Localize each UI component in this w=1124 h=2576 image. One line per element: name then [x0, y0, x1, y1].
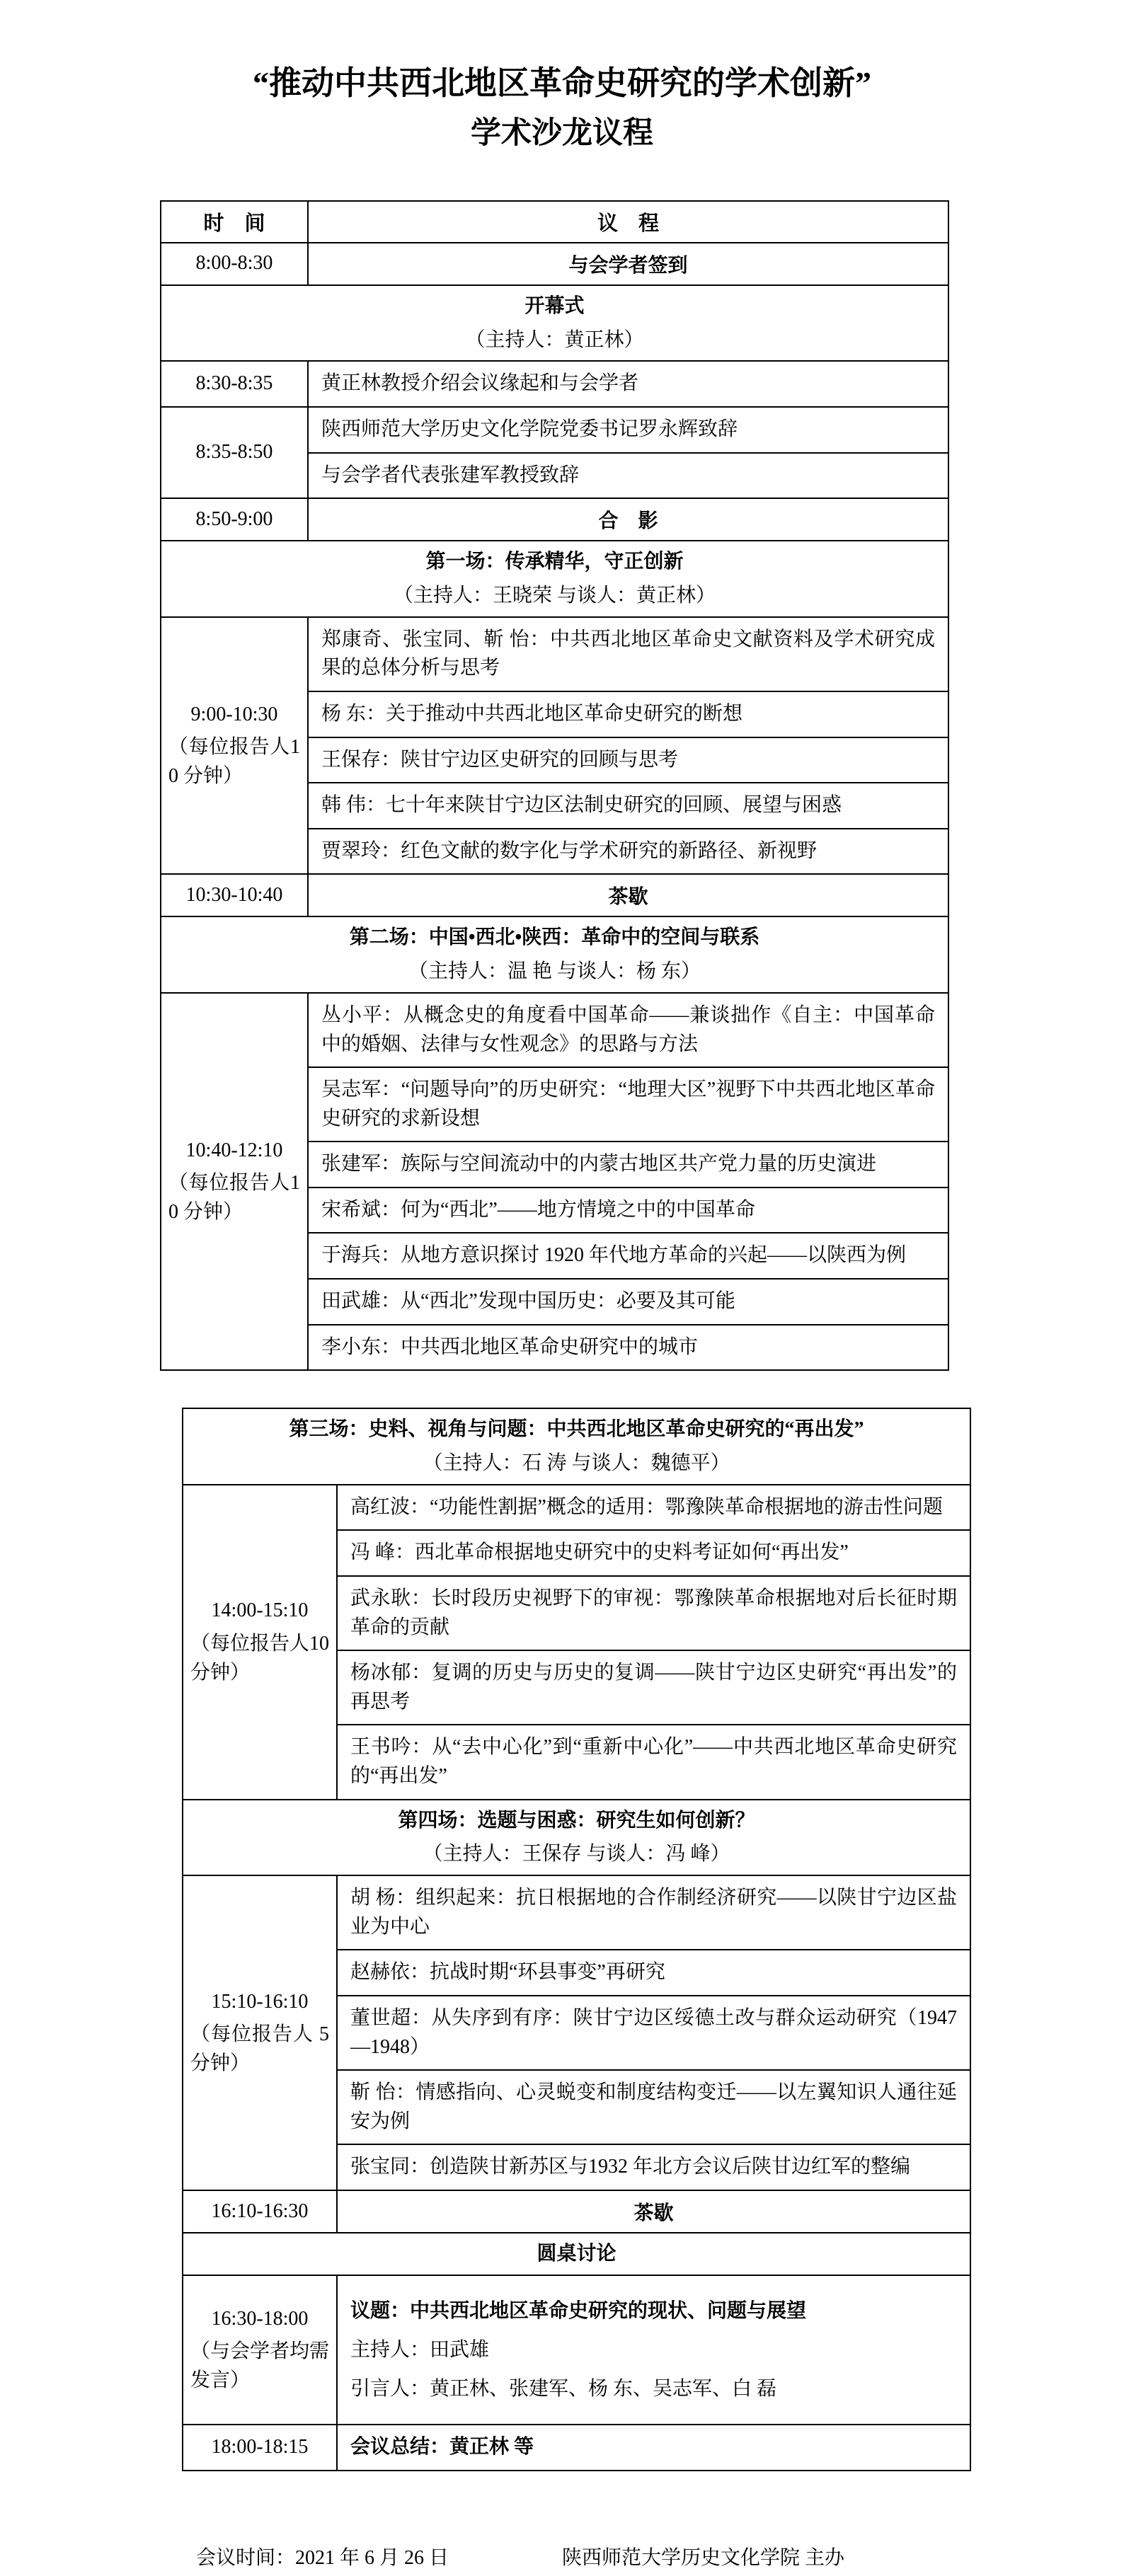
agenda-cell-report: 冯 峰：西北革命根据地史研究中的史料考证如何“再出发”: [337, 1530, 970, 1576]
agenda-cell-report: 武永耿：长时段历史视野下的审视：鄂豫陕革命根据地对后长征时期革命的贡献: [337, 1576, 970, 1650]
agenda-cell-report: 郑康奇、张宝同、靳 怡：中共西北地区革命史文献资料及学术研究成果的总体分析与思考: [308, 617, 948, 691]
table-row-intro: 8:30-8:35 黄正林教授介绍会议缘起和与会学者: [161, 361, 948, 407]
roundtable-time-note: （与会学者均需发言）: [190, 2338, 329, 2395]
session2-band: 第二场：中国•西北•陕西：革命中的空间与联系 （主持人：温 艳 与谈人：杨 东）: [161, 916, 948, 993]
session1-band-subtitle: （主持人：王晓荣 与谈人：黄正林）: [167, 582, 942, 609]
table-row-session1-band: 第一场：传承精华，守正创新 （主持人：王晓荣 与谈人：黄正林）: [161, 541, 948, 617]
time-cell-photo: 8:50-9:00: [161, 498, 308, 541]
roundtable-topic: 议题：中共西北地区革命史研究的现状、问题与展望: [350, 2297, 957, 2325]
session3-time: 14:00-15:10: [190, 1597, 329, 1626]
agenda-cell-report: 杨 东：关于推动中共西北地区革命史研究的断想: [308, 691, 948, 737]
table-row-session4-report-1: 15:10-16:10 （每位报告人 5 分钟） 胡 杨：组织起来：抗日根据地的…: [183, 1875, 970, 1950]
table-row-photo: 8:50-9:00 合 影: [161, 498, 948, 541]
session1-time-note: （每位报告人10 分钟）: [168, 733, 300, 790]
agenda-cell-summary: 会议总结：黄正林 等: [337, 2425, 970, 2471]
time-cell-roundtable: 16:30-18:00 （与会学者均需发言）: [183, 2275, 337, 2425]
roundtable-host: 主持人：田武雄: [350, 2336, 957, 2364]
session3-band: 第三场：史料、视角与问题：中共西北地区革命史研究的“再出发” （主持人：石 涛 …: [183, 1408, 970, 1485]
time-cell-session3: 14:00-15:10 （每位报告人10 分钟）: [183, 1485, 337, 1800]
agenda-cell-report: 王保存：陕甘宁边区史研究的回顾与思考: [308, 737, 948, 783]
session2-time: 10:40-12:10: [168, 1137, 300, 1166]
session1-band: 第一场：传承精华，守正创新 （主持人：王晓荣 与谈人：黄正林）: [161, 541, 948, 617]
agenda-cell-report: 王书吟：从“去中心化”到“重新中心化”——中共西北地区革命史研究的“再出发”: [337, 1725, 970, 1799]
agenda-cell-report: 贾翠玲：红色文献的数字化与学术研究的新路径、新视野: [308, 829, 948, 875]
agenda-cell-report: 高红波：“功能性割据”概念的适用：鄂豫陕革命根据地的游击性问题: [337, 1485, 970, 1531]
document-title-line1: “推动中共西北地区革命史研究的学术创新”: [0, 64, 1124, 103]
agenda-cell-report: 杨冰郁：复调的历史与历史的复调——陕甘宁边区史研究“再出发”的再思考: [337, 1650, 970, 1725]
agenda-table-page2: 第三场：史料、视角与问题：中共西北地区革命史研究的“再出发” （主持人：石 涛 …: [182, 1408, 971, 2471]
table-row-speech-1: 8:35-8:50 陕西师范大学历史文化学院党委书记罗永辉致辞: [161, 407, 948, 453]
table-row-session3-report-1: 14:00-15:10 （每位报告人10 分钟） 高红波：“功能性割据”概念的适…: [183, 1485, 970, 1531]
table-row-signin: 8:00-8:30 与会学者签到: [161, 243, 948, 285]
agenda-cell-report: 吴志军：“问题导向”的历史研究：“地理大区”视野下中共西北地区革命史研究的求新设…: [308, 1067, 948, 1142]
opening-band: 开幕式 （主持人：黄正林）: [161, 285, 948, 362]
agenda-cell-intro: 黄正林教授介绍会议缘起和与会学者: [308, 361, 948, 407]
session3-band-title: 第三场：史料、视角与问题：中共西北地区革命史研究的“再出发”: [189, 1416, 964, 1443]
opening-band-title: 开幕式: [167, 293, 942, 320]
time-cell-tea-1: 10:30-10:40: [161, 874, 308, 916]
header-cell-time: 时 间: [161, 201, 308, 243]
document-title-line2: 学术沙龙议程: [0, 115, 1124, 152]
table-row-roundtable: 16:30-18:00 （与会学者均需发言） 议题：中共西北地区革命史研究的现状…: [183, 2275, 970, 2425]
agenda-cell-tea-2: 茶歇: [337, 2190, 970, 2233]
agenda-cell-roundtable: 议题：中共西北地区革命史研究的现状、问题与展望 主持人：田武雄 引言人：黄正林、…: [337, 2275, 970, 2425]
time-cell-intro: 8:30-8:35: [161, 361, 308, 407]
session1-band-title: 第一场：传承精华，守正创新: [167, 548, 942, 575]
time-cell-speeches: 8:35-8:50: [161, 407, 308, 498]
time-cell-signin: 8:00-8:30: [161, 243, 308, 285]
footer-meeting-time: 会议时间：2021 年 6 月 26 日: [196, 2542, 449, 2570]
page-footer: 会议时间：2021 年 6 月 26 日 陕西师范大学历史文化学院 主办: [0, 2542, 1124, 2573]
table-row-opening-band: 开幕式 （主持人：黄正林）: [161, 285, 948, 362]
session4-time: 15:10-16:10: [190, 1988, 329, 2017]
agenda-cell-report: 田武雄：从“西北”发现中国历史：必要及其可能: [308, 1279, 948, 1325]
agenda-table-page1: 时 间 议 程 8:00-8:30 与会学者签到 开幕式 （主持人：黄正林） 8…: [160, 200, 949, 1371]
time-cell-summary: 18:00-18:15: [183, 2425, 337, 2471]
footer-organizer: 陕西师范大学历史文化学院 主办: [562, 2542, 844, 2570]
agenda-cell-report: 丛小平：从概念史的角度看中国革命——兼谈拙作《自主：中国革命中的婚姻、法律与女性…: [308, 993, 948, 1067]
session2-band-title: 第二场：中国•西北•陕西：革命中的空间与联系: [167, 924, 942, 951]
roundtable-band-title: 圆桌讨论: [189, 2241, 964, 2267]
session2-time-note: （每位报告人10 分钟）: [168, 1169, 300, 1226]
agenda-cell-speech-1: 陕西师范大学历史文化学院党委书记罗永辉致辞: [308, 407, 948, 453]
session4-band-title: 第四场：选题与困惑：研究生如何创新？: [189, 1807, 964, 1834]
opening-band-subtitle: （主持人：黄正林）: [167, 327, 942, 354]
table-row-roundtable-band: 圆桌讨论: [183, 2233, 970, 2275]
agenda-cell-photo: 合 影: [308, 498, 948, 541]
agenda-cell-report: 宋希斌：何为“西北”——地方情境之中的中国革命: [308, 1188, 948, 1234]
agenda-document: “推动中共西北地区革命史研究的学术创新” 学术沙龙议程 时 间 议 程 8:00…: [0, 0, 1124, 2576]
table-row-session2-report-1: 10:40-12:10 （每位报告人10 分钟） 丛小平：从概念史的角度看中国革…: [161, 993, 948, 1067]
table-row-summary: 18:00-18:15 会议总结：黄正林 等: [183, 2425, 970, 2471]
roundtable-leads: 引言人：黄正林、张建军、杨 东、吴志军、白 磊: [350, 2375, 957, 2403]
roundtable-time: 16:30-18:00: [190, 2305, 329, 2334]
session4-band-subtitle: （主持人：王保存 与谈人：冯 峰）: [189, 1841, 964, 1868]
agenda-cell-speech-2: 与会学者代表张建军教授致辞: [308, 453, 948, 499]
agenda-cell-signin: 与会学者签到: [308, 243, 948, 285]
roundtable-band: 圆桌讨论: [183, 2233, 970, 2275]
agenda-cell-report: 赵赫依：抗战时期“环县事变”再研究: [337, 1950, 970, 1996]
table-row-session1-report-1: 9:00-10:30 （每位报告人10 分钟） 郑康奇、张宝同、靳 怡：中共西北…: [161, 617, 948, 691]
table-row-session3-band: 第三场：史料、视角与问题：中共西北地区革命史研究的“再出发” （主持人：石 涛 …: [183, 1408, 970, 1485]
header-cell-agenda: 议 程: [308, 201, 948, 243]
agenda-cell-report: 张宝同：创造陕甘新苏区与1932 年北方会议后陕甘边红军的整编: [337, 2144, 970, 2190]
agenda-cell-report: 靳 怡：情感指向、心灵蜕变和制度结构变迁——以左翼知识人通往延安为例: [337, 2070, 970, 2144]
session2-band-subtitle: （主持人：温 艳 与谈人：杨 东）: [167, 958, 942, 985]
session3-time-note: （每位报告人10 分钟）: [190, 1630, 329, 1687]
session1-time: 9:00-10:30: [168, 701, 300, 730]
time-cell-session4: 15:10-16:10 （每位报告人 5 分钟）: [183, 1875, 337, 2190]
agenda-cell-report: 胡 杨：组织起来：抗日根据地的合作制经济研究——以陕甘宁边区盐业为中心: [337, 1875, 970, 1950]
session4-time-note: （每位报告人 5 分钟）: [190, 2020, 329, 2078]
agenda-cell-report: 李小东：中共西北地区革命史研究中的城市: [308, 1325, 948, 1371]
table-row-tea-2: 16:10-16:30 茶歇: [183, 2190, 970, 2233]
agenda-cell-report: 张建军：族际与空间流动中的内蒙古地区共产党力量的历史演进: [308, 1142, 948, 1188]
table-row-tea-1: 10:30-10:40 茶歇: [161, 874, 948, 916]
time-cell-tea-2: 16:10-16:30: [183, 2190, 337, 2233]
time-cell-session1: 9:00-10:30 （每位报告人10 分钟）: [161, 617, 308, 875]
time-cell-session2: 10:40-12:10 （每位报告人10 分钟）: [161, 993, 308, 1370]
agenda-cell-report: 董世超：从失序到有序：陕甘宁边区绥德土改与群众运动研究（1947—1948）: [337, 1996, 970, 2070]
agenda-cell-report: 于海兵：从地方意识探讨 1920 年代地方革命的兴起——以陕西为例: [308, 1233, 948, 1279]
table-header-row: 时 间 议 程: [161, 201, 948, 243]
session4-band: 第四场：选题与困惑：研究生如何创新？ （主持人：王保存 与谈人：冯 峰）: [183, 1800, 970, 1876]
table-row-session2-band: 第二场：中国•西北•陕西：革命中的空间与联系 （主持人：温 艳 与谈人：杨 东）: [161, 916, 948, 993]
agenda-cell-report: 韩 伟：七十年来陕甘宁边区法制史研究的回顾、展望与困惑: [308, 783, 948, 829]
table-row-session4-band: 第四场：选题与困惑：研究生如何创新？ （主持人：王保存 与谈人：冯 峰）: [183, 1800, 970, 1876]
agenda-cell-tea-1: 茶歇: [308, 874, 948, 916]
session3-band-subtitle: （主持人：石 涛 与谈人：魏德平）: [189, 1450, 964, 1477]
